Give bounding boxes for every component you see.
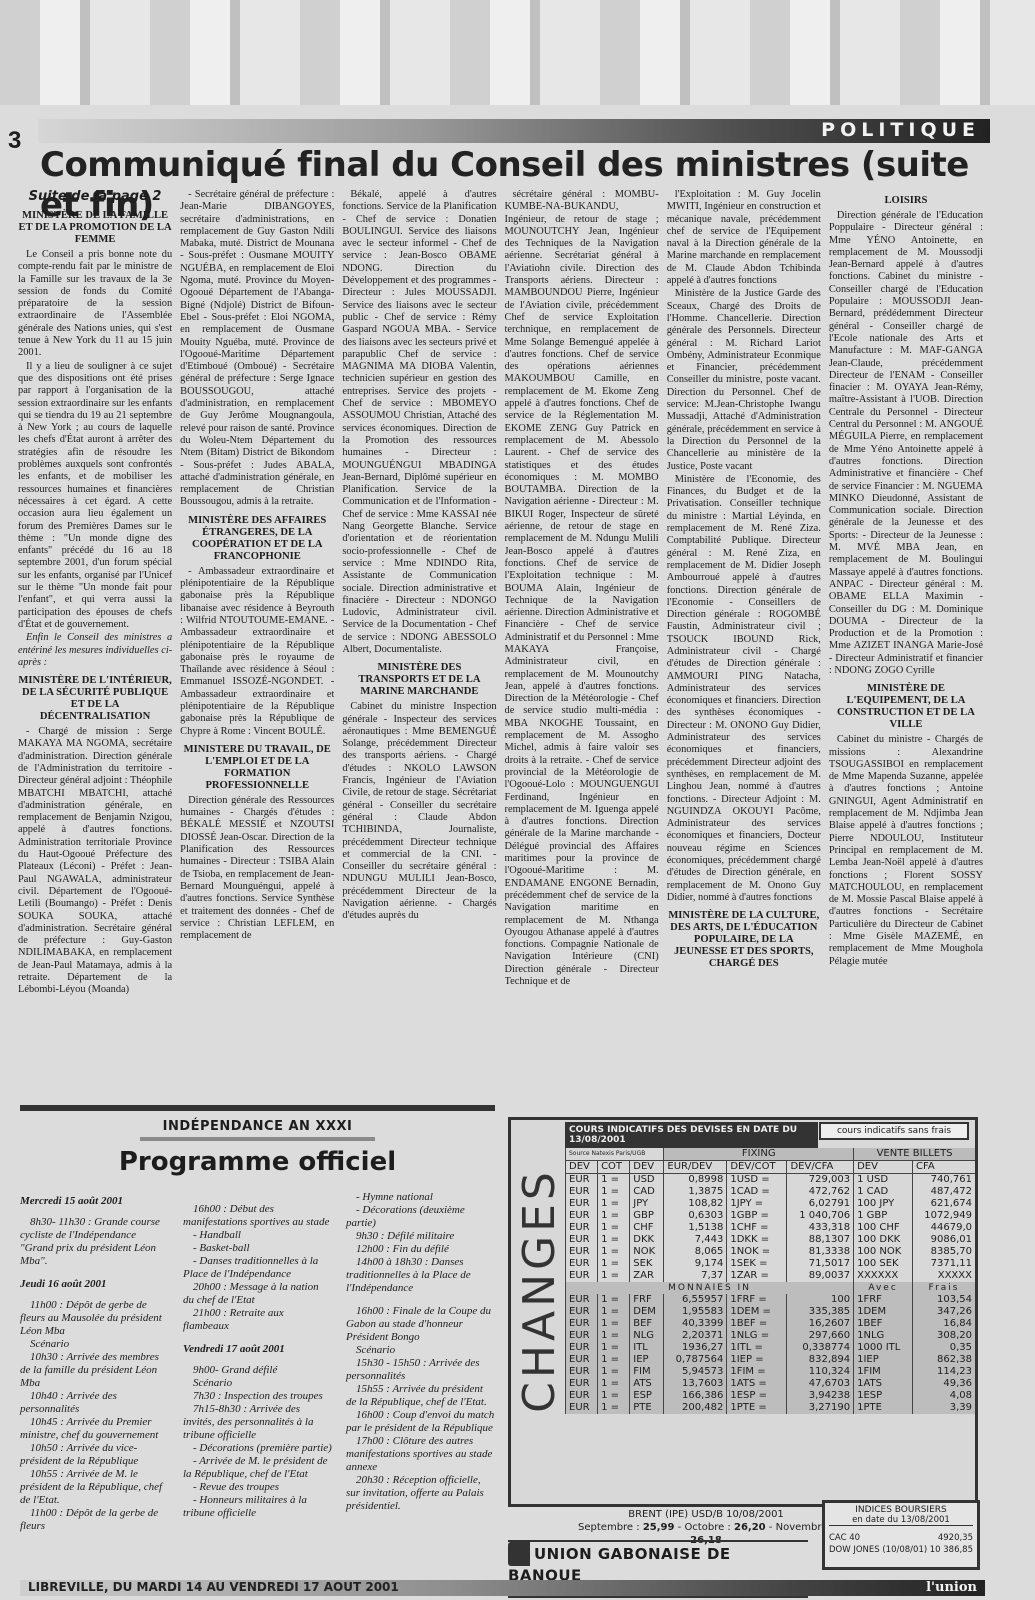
paragraph: sécrétaire général : MOMBU-KUMBE-NA-BUKA… [505,189,659,988]
event: 10h40 : Arrivée des personnalités [20,1390,169,1416]
event: 14h00 à 18h30 : Danses traditionnelles à… [346,1256,495,1295]
programme-column-3: - Hymne national - Décorations (deuxième… [346,1185,495,1533]
column-header: DEV [566,1161,598,1174]
rate-row: EUR1 =FRF6,559571FRF =1001FRF103,54 [566,1294,976,1306]
paragraph: Il y a lieu de souligner à ce sujet que … [18,361,172,632]
paragraph: - Ambassadeur extraordinaire et plénipot… [180,566,334,738]
event: 16h00 : Coup d'envoi du match par le pré… [346,1409,495,1435]
programme-columns: Mercredi 15 août 2001 8h30- 11h30 : Gran… [20,1185,495,1533]
programme-section: INDÉPENDANCE AN XXXI Programme officiel … [20,1115,495,1575]
event: - Arrivée de M. le président de la Répub… [183,1455,332,1481]
rate-row: EUR1 =IEP0,7875641IEP =832,8941IEP862,38 [566,1354,976,1366]
rate-row: EUR1 =JPY108,821JPY =6,02791100 JPY621,6… [566,1198,976,1210]
event: 16h00 : Début des manifestations sportiv… [183,1203,332,1229]
event: Scénario [20,1338,169,1351]
paragraph: - Chargé de mission : Serge MAKAYA MA NG… [18,726,172,997]
event: 16h00 : Finale de la Coupe du Gabon au s… [346,1305,495,1344]
rate-row: EUR1 =SEK9,1741SEK =71,5017100 SEK7371,1… [566,1258,976,1270]
day-heading: Jeudi 16 août 2001 [20,1278,169,1291]
source-note: Source Natexis Paris/UGB [566,1148,664,1161]
event: 8h30- 11h30 : Grande course cycliste de … [20,1216,169,1268]
paragraph: l'Exploitation : M. Guy Jocelin MWITI, I… [667,189,821,287]
paragraph: Békalé, appelé à d'autres fonctions. Ser… [342,189,496,656]
paragraph: Cabinet du ministre - Chargés de mission… [829,734,983,968]
brent-title: BRENT (IPE) USD/B 10/08/2001 [566,1508,846,1521]
article-column-4: sécrétaire général : MOMBU-KUMBE-NA-BUKA… [505,189,659,1109]
programme-column-2: 16h00 : Début des manifestations sportiv… [183,1185,332,1533]
event: - Décorations (première partie) [183,1442,332,1455]
rate-row: EUR1 =DKK7,4431DKK =88,1307100 DKK9086,0… [566,1234,976,1246]
newspaper-brand: l'union [926,1580,977,1595]
article-column-2: - Secrétaire général de préfecture : Jea… [180,189,334,1109]
kicker-underline [140,1137,375,1141]
vente-label: VENTE BILLETS [854,1148,975,1161]
event: Scénario [346,1344,495,1357]
programme-column-1: Mercredi 15 août 2001 8h30- 11h30 : Gran… [20,1185,169,1533]
column-header: EUR/DEV [664,1161,727,1174]
rate-row: EUR1 =NOK8,0651NOK =81,3338100 NOK8385,7… [566,1246,976,1258]
bank-name: UNION GABONAISE DE BANQUE [508,1545,731,1584]
divider [20,1105,495,1111]
section-banner: POLITIQUE [38,119,990,143]
rate-row: EUR1 =ESP166,3861ESP =3,942381ESP4,08 [566,1390,976,1402]
exchange-header: COURS INDICATIFS DES DEVISES EN DATE DU … [565,1122,818,1148]
article-column-1: Suite de la page 2 MINISTÈRE DE LA FAMIL… [18,189,172,1109]
event: 10h50 : Arrivée du vice-président de la … [20,1442,169,1468]
event: 10h55 : Arrivée de M. le président de la… [20,1468,169,1507]
footer-date: LIBREVILLE, DU MARDI 14 AU VENDREDI 17 A… [28,1580,399,1594]
rate-row: EUR1 =ZAR7,371ZAR =89,0037XXXXXXXXXXX [566,1270,976,1282]
exchange-table-wrap: COURS INDICATIFS DES DEVISES EN DATE DU … [565,1122,975,1414]
event: - Décorations (deuxième partie) [346,1204,495,1230]
article-column-3: Békalé, appelé à d'autres fonctions. Ser… [342,189,496,1109]
event: 9h00- Grand défilé [183,1364,332,1377]
paragraph: Ministère de la Justice Garde des Sceaux… [667,288,821,472]
programme-title: Programme officiel [20,1147,495,1177]
paragraph: Direction générale de l'Education Poppul… [829,210,983,677]
bank-logo-icon [508,1542,530,1566]
index-row: DOW JONES (10/08/01)10 386,85 [829,1544,973,1556]
article-column-5: l'Exploitation : M. Guy Jocelin MWITI, I… [667,189,821,1109]
event: 11h00 : Dépôt de la gerbe de fleurs [20,1507,169,1533]
paragraph: - Secrétaire général de préfecture : Jea… [180,189,334,509]
continued-from: Suite de la page 2 [18,189,172,204]
ministry-heading: MINISTERE DU TRAVAIL, DE L'EMPLOI ET DE … [180,744,334,792]
paragraph: Enfin le Conseil des ministres a entérin… [18,632,172,669]
event: 10h45 : Arrivée du Premier ministre, che… [20,1416,169,1442]
event: 10h30 : Arrivée des membres de la famill… [20,1351,169,1390]
paragraph: Cabinet du ministre Inspection générale … [342,701,496,922]
rate-row: EUR1 =DEM1,955831DEM =335,3851DEM347,26 [566,1306,976,1318]
changes-vertical-title: CHANGES [515,1140,563,1440]
event: - Honneurs militaires à la tribune offic… [183,1494,332,1520]
event: 9h30 : Défilé militaire [346,1230,495,1243]
rate-row: EUR1 =USD0,89981USD =729,0031 USD740,761 [566,1174,976,1187]
column-header: DEV/CFA [787,1161,854,1174]
article-column-6: LOISIRS Direction générale de l'Educatio… [829,189,983,1109]
event: - Danses traditionnelles à la Place de l… [183,1255,332,1281]
column-header: DEV [630,1161,664,1174]
programme-kicker: INDÉPENDANCE AN XXXI [20,1119,495,1134]
ministry-heading: MINISTÈRE DE L'INTÉRIEUR, DE LA SÉCURITÉ… [18,675,172,723]
exchange-rates-box: CHANGES COURS INDICATIFS DES DEVISES EN … [506,1115,984,1573]
event: 15h30 - 15h50 : Arrivée des personnalité… [346,1357,495,1383]
article-columns: Suite de la page 2 MINISTÈRE DE LA FAMIL… [18,189,983,1109]
section-label: POLITIQUE [821,119,980,141]
exchange-frame: CHANGES COURS INDICATIFS DES DEVISES EN … [508,1117,978,1507]
event: - Hymne national [346,1191,495,1204]
paragraph: Ministère de l'Economie, des Finances, d… [667,474,821,904]
event: 21h00 : Retraite aux flambeaux [183,1307,332,1333]
day-heading: Vendredi 17 août 2001 [183,1343,332,1356]
event: 20h30 : Réception officielle, sur invita… [346,1474,495,1513]
index-row: CAC 404920,35 [829,1532,973,1544]
exchange-side-note: cours indicatifs sans frais [819,1122,969,1140]
event: - Handball [183,1229,332,1242]
event: Scénario [183,1377,332,1390]
ministry-heading: MINISTÈRE DE L'EQUIPEMENT, DE LA CONSTRU… [829,683,983,731]
rate-row: EUR1 =CHF1,51381CHF =433,318100 CHF44679… [566,1222,976,1234]
ministry-heading: MINISTÈRE DE LA CULTURE, DES ARTS, DE L'… [667,910,821,970]
fixing-label: FIXING [664,1148,854,1161]
rate-row: EUR1 =BEF40,33991BEF =16,26071BEF16,84 [566,1318,976,1330]
column-header: CFA [913,1161,975,1174]
stock-indices-box: INDICES BOURSIERS en date du 13/08/2001 … [822,1500,980,1570]
rate-row: EUR1 =CAD1,38751CAD =472,7621 CAD487,472 [566,1186,976,1198]
rate-row: EUR1 =NLG2,203711NLG =297,6601NLG308,20 [566,1330,976,1342]
rate-row: EUR1 =ATS13,76031ATS =47,67031ATS49,36 [566,1378,976,1390]
paragraph: Direction générale des Ressources humain… [180,795,334,943]
scan-top-strip [0,0,1035,110]
newspaper-page: 3 POLITIQUE Communiqué final du Conseil … [0,105,1035,1600]
paragraph: Le Conseil a pris bonne note du compte-r… [18,249,172,360]
column-header: DEV [854,1161,913,1174]
column-header: DEV/COT [727,1161,787,1174]
event: 15h55 : Arrivée du président de la Répub… [346,1383,495,1409]
column-header: COT [598,1161,630,1174]
event: 7h15-8h30 : Arrivée des invités, des per… [183,1403,332,1442]
legacy-subheader: MONNAIES INAvecFrais [566,1282,976,1294]
indices-title: INDICES BOURSIERS [829,1505,973,1515]
page-number: 3 [8,127,21,155]
event: - Basket-ball [183,1242,332,1255]
rate-row: EUR1 =GBP0,63031GBP =1 040,7061 GBP1072,… [566,1210,976,1222]
exchange-table: Source Natexis Paris/UGB FIXING VENTE BI… [565,1148,975,1414]
ministry-heading: MINISTÈRE DES TRANSPORTS ET DE LA MARINE… [342,662,496,698]
event: 17h00 : Clôture des autres manifestation… [346,1435,495,1474]
ministry-heading: MINISTÈRE DE LA FAMILLE ET DE LA PROMOTI… [18,210,172,246]
ministry-heading: MINISTÈRE DES AFFAIRES ÉTRANGERES, DE LA… [180,515,334,563]
event: 7h30 : Inspection des troupes [183,1390,332,1403]
rate-row: EUR1 =FIM5,945731FIM =110,3241FIM114,23 [566,1366,976,1378]
rate-row: EUR1 =ITL1936,271ITL =0,3387741000 ITL0,… [566,1342,976,1354]
ministry-heading: LOISIRS [829,195,983,207]
event: - Revue des troupes [183,1481,332,1494]
event: 11h00 : Dépôt de gerbe de fleurs au Maus… [20,1299,169,1338]
footer-bar: LIBREVILLE, DU MARDI 14 AU VENDREDI 17 A… [20,1580,985,1596]
day-heading: Mercredi 15 août 2001 [20,1195,169,1208]
event: 20h00 : Message à la nation du chef de l… [183,1281,332,1307]
rate-row: EUR1 =PTE200,4821PTE =3,271901PTE3,39 [566,1402,976,1414]
event: 12h00 : Fin du défilé [346,1243,495,1256]
indices-date: en date du 13/08/2001 [829,1515,973,1526]
